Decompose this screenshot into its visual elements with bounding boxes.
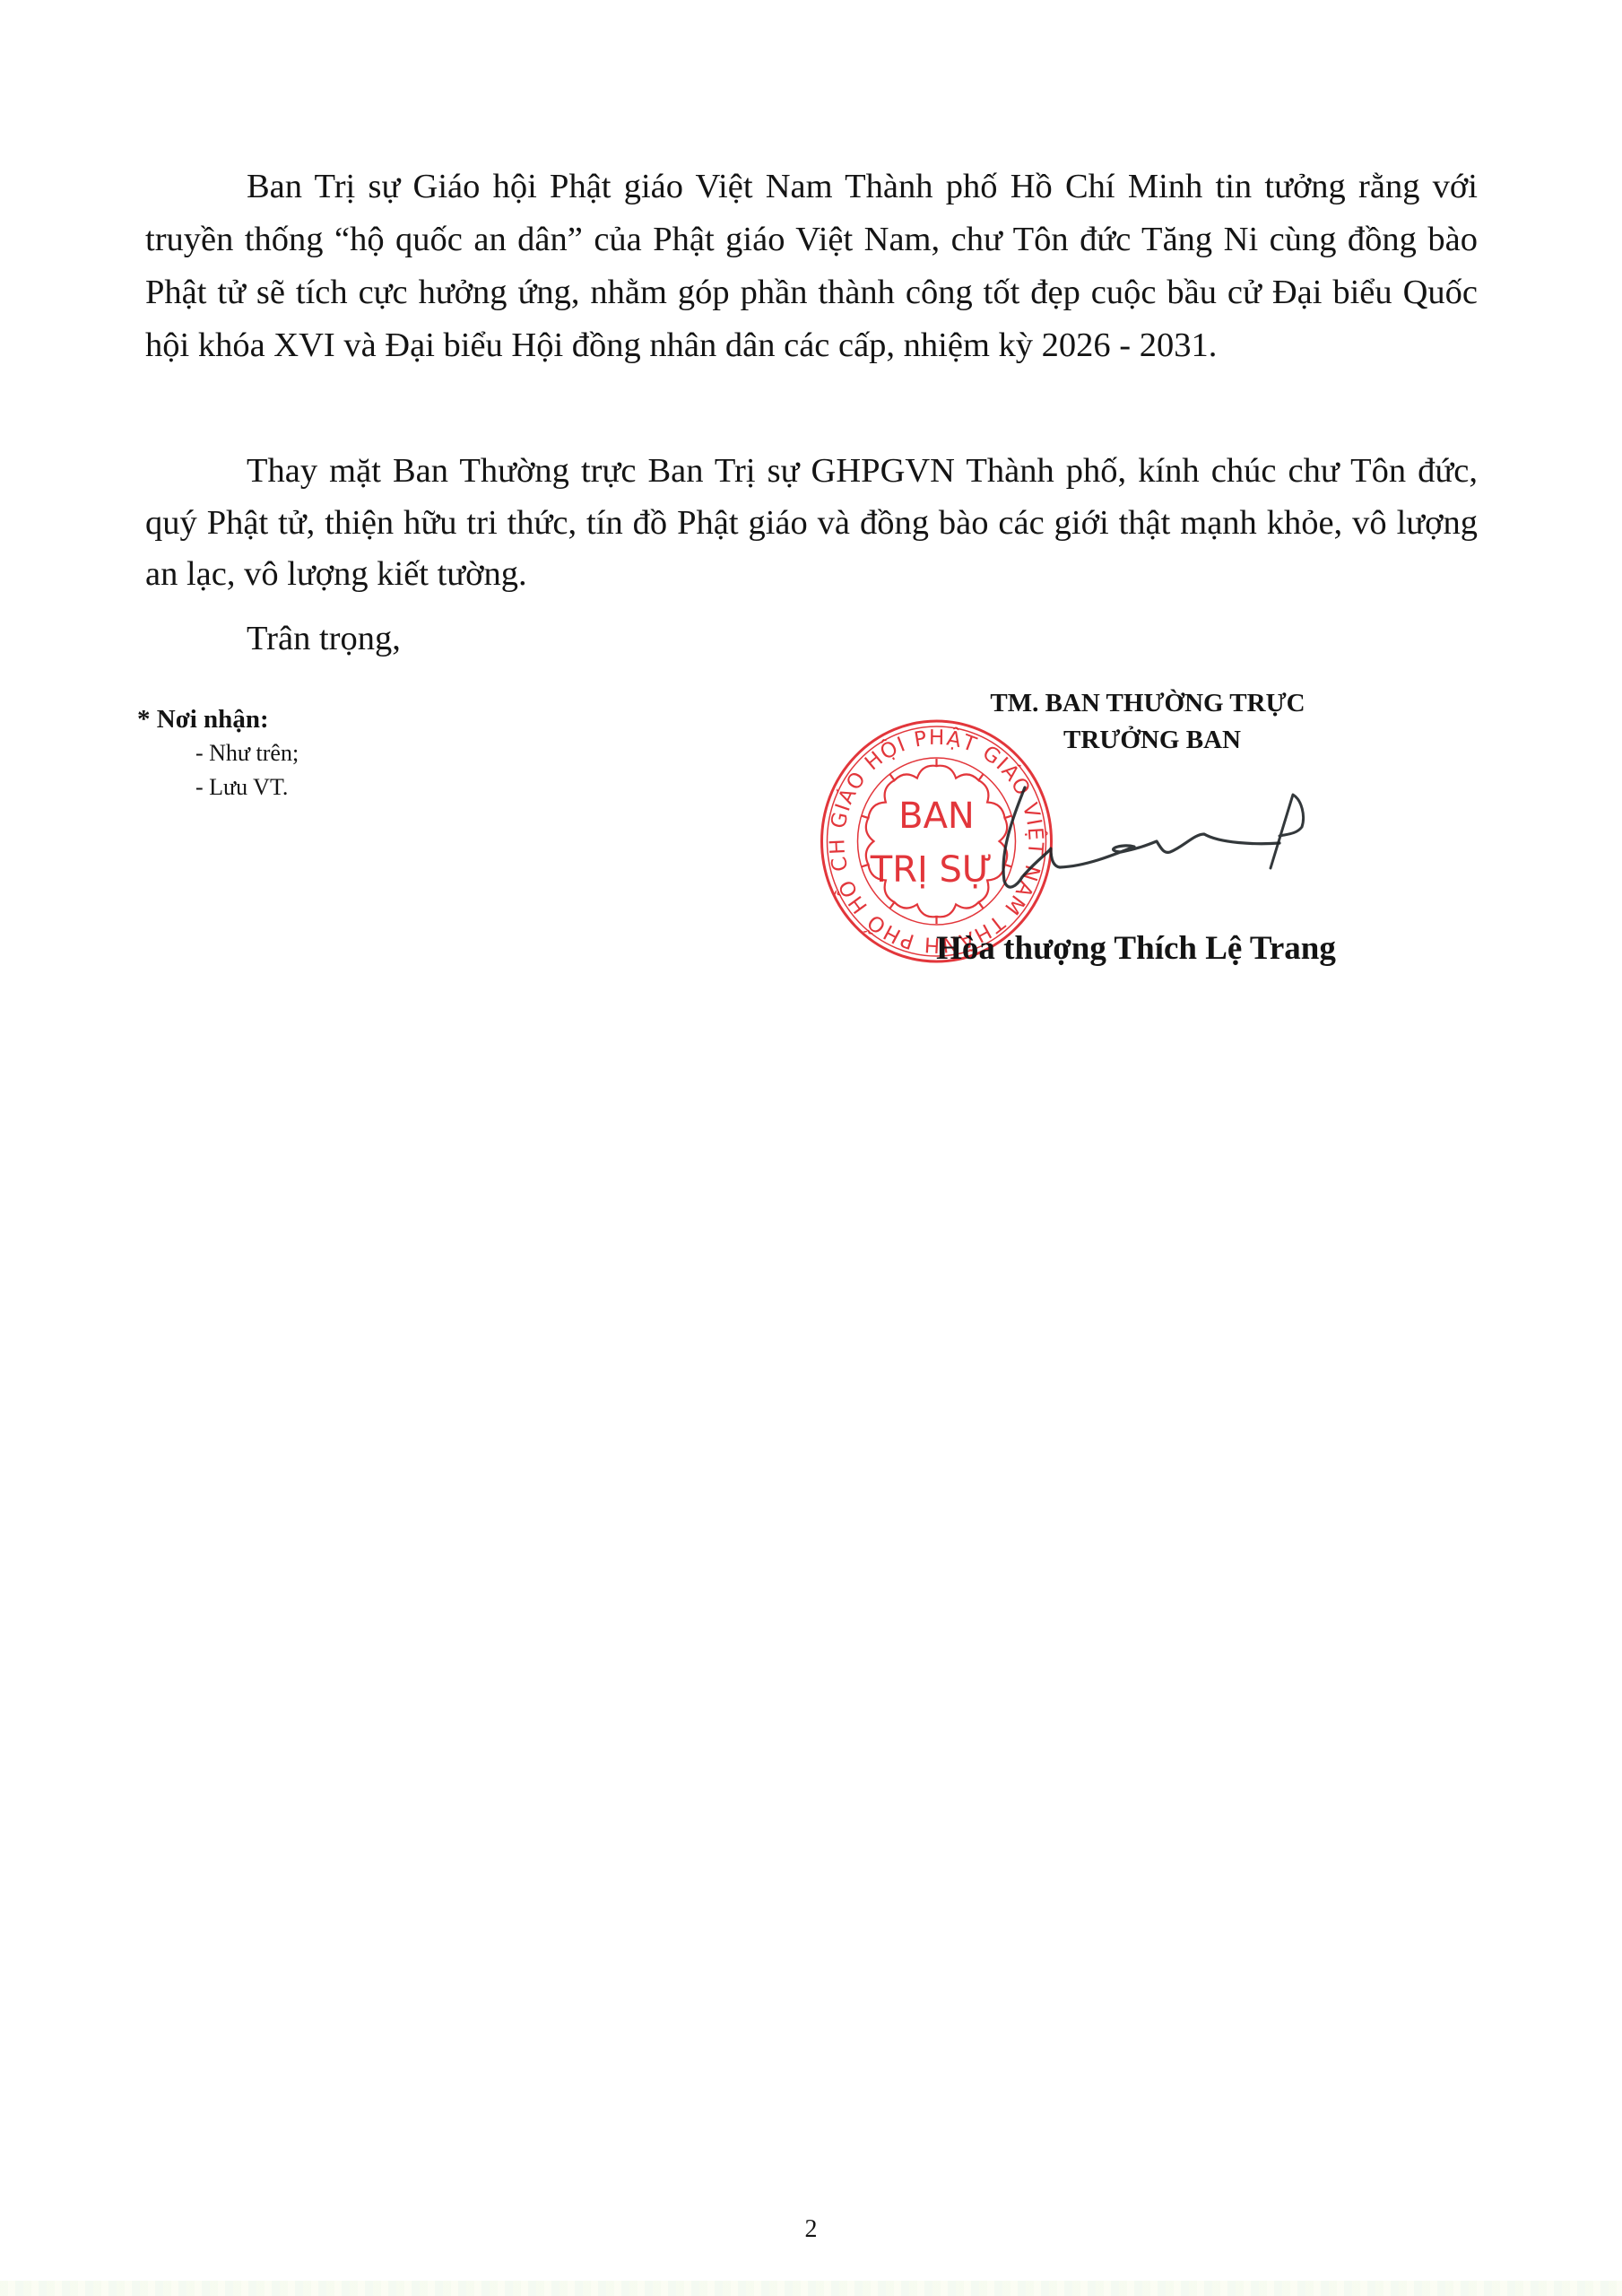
recipients-heading: * Nơi nhận: — [137, 702, 299, 736]
recipient-item: - Như trên; — [137, 736, 299, 770]
seal-center-line2: TRỊ SỰ — [870, 849, 993, 891]
handwritten-signature — [986, 780, 1327, 897]
recipient-item: - Lưu VT. — [137, 770, 299, 804]
closing-salutation: Trân trọng, — [247, 613, 401, 665]
recipients-block: * Nơi nhận: - Như trên; - Lưu VT. — [137, 702, 299, 804]
signer-name: Hòa thượng Thích Lệ Trang — [912, 929, 1360, 969]
body-paragraph-2: Thay mặt Ban Thường trực Ban Trị sự GHPG… — [145, 446, 1478, 601]
document-page: Ban Trị sự Giáo hội Phật giáo Việt Nam T… — [0, 0, 1622, 2296]
signature-title-line1: TM. BAN THƯỜNG TRỰC — [924, 686, 1372, 720]
scan-edge-artifact — [0, 2281, 1622, 2296]
signature-title-line2: TRƯỞNG BAN — [928, 723, 1376, 757]
body-paragraph-1: Ban Trị sự Giáo hội Phật giáo Việt Nam T… — [145, 161, 1478, 372]
seal-center-line1: BAN — [898, 796, 975, 837]
page-number: 2 — [0, 2215, 1622, 2244]
